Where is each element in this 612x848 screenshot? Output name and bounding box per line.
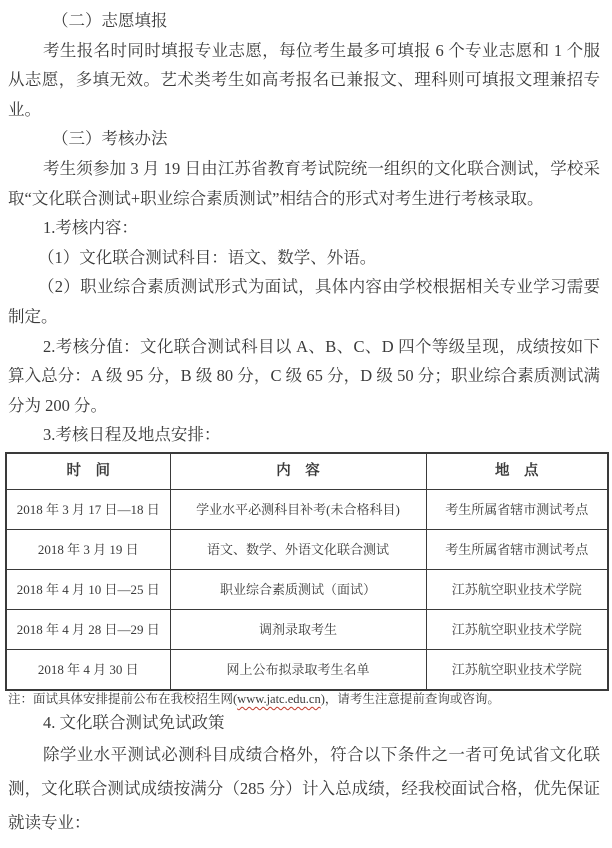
schedule-table: 时 间 内 容 地 点 2018 年 3 月 17 日—18 日 学业水平必测科… [5, 452, 609, 691]
cell-content: 调剂录取考生 [170, 610, 426, 650]
section-2-paragraph: 考生报名时同时填报专业志愿，每位考生最多可填报 6 个专业志愿和 1 个服从志愿… [8, 36, 600, 125]
assessment-content-item-1: （1）文化联合测试科目：语文、数学、外语。 [8, 243, 600, 273]
cell-content: 学业水平必测科目补考(未合格科目) [170, 490, 426, 530]
section-3-heading: （三）考核办法 [8, 124, 600, 154]
header-cell-content: 内 容 [170, 453, 426, 490]
cell-location: 江苏航空职业技术学院 [426, 610, 608, 650]
schedule-title: 3.考核日程及地点安排： [8, 420, 600, 450]
header-cell-time: 时 间 [6, 453, 170, 490]
table-note: 注：面试具体安排提前公布在我校招生网(www.jatc.edu.cn)，请考生注… [8, 691, 600, 708]
table-row: 2018 年 4 月 28 日—29 日 调剂录取考生 江苏航空职业技术学院 [6, 610, 608, 650]
table-row: 2018 年 4 月 30 日 网上公布拟录取考生名单 江苏航空职业技术学院 [6, 650, 608, 690]
section-2-heading: （二）志愿填报 [8, 6, 600, 36]
cell-location: 江苏航空职业技术学院 [426, 650, 608, 690]
assessment-scoring-paragraph: 2.考核分值：文化联合测试科目以 A、B、C、D 四个等级呈现，成绩按如下算入总… [8, 332, 600, 421]
assessment-content-item-2: （2）职业综合素质测试形式为面试，具体内容由学校根据相关专业学习需要制定。 [8, 272, 600, 331]
cell-time: 2018 年 4 月 10 日—25 日 [6, 570, 170, 610]
assessment-content-title: 1.考核内容： [8, 213, 600, 243]
table-header-row: 时 间 内 容 地 点 [6, 453, 608, 490]
note-suffix: )，请考生注意提前查询或咨询。 [321, 692, 500, 706]
exemption-policy-paragraph: 除学业水平测试必测科目成绩合格外，符合以下条件之一者可免试省文化联测，文化联合测… [8, 738, 600, 840]
table-row: 2018 年 4 月 10 日—25 日 职业综合素质测试（面试） 江苏航空职业… [6, 570, 608, 610]
cell-location: 考生所属省辖市测试考点 [426, 530, 608, 570]
cell-time: 2018 年 4 月 30 日 [6, 650, 170, 690]
section-3-intro: 考生须参加 3 月 19 日由江苏省教育考试院统一组织的文化联合测试，学校采取“… [8, 154, 600, 213]
cell-time: 2018 年 3 月 17 日—18 日 [6, 490, 170, 530]
cell-content: 语文、数学、外语文化联合测试 [170, 530, 426, 570]
header-cell-location: 地 点 [426, 453, 608, 490]
cell-content: 职业综合素质测试（面试） [170, 570, 426, 610]
document-page: （二）志愿填报 考生报名时同时填报专业志愿，每位考生最多可填报 6 个专业志愿和… [0, 0, 612, 840]
admissions-website-url: www.jatc.edu.cn [237, 692, 321, 706]
table-row: 2018 年 3 月 17 日—18 日 学业水平必测科目补考(未合格科目) 考… [6, 490, 608, 530]
cell-location: 江苏航空职业技术学院 [426, 570, 608, 610]
cell-time: 2018 年 3 月 19 日 [6, 530, 170, 570]
cell-time: 2018 年 4 月 28 日—29 日 [6, 610, 170, 650]
note-prefix: 注：面试具体安排提前公布在我校招生网( [8, 692, 237, 706]
table-row: 2018 年 3 月 19 日 语文、数学、外语文化联合测试 考生所属省辖市测试… [6, 530, 608, 570]
exemption-policy-title: 4. 文化联合测试免试政策 [8, 708, 600, 738]
cell-content: 网上公布拟录取考生名单 [170, 650, 426, 690]
cell-location: 考生所属省辖市测试考点 [426, 490, 608, 530]
